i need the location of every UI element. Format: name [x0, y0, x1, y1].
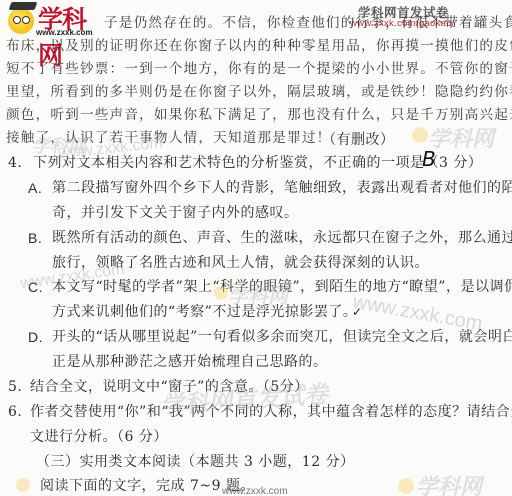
- question-text: 作者交替使用“你”和“我”两个不同的人称，其中蕴含着怎样的态度？请结合全: [30, 403, 512, 421]
- site-logo: 学科网 www.zxxk.com: [8, 2, 100, 38]
- section-instruction: 阅读下面的文字，完成 7~9 题。: [40, 477, 255, 495]
- mascot-eye-icon: [13, 16, 21, 24]
- option-label: A.: [28, 179, 42, 197]
- option-label: B.: [28, 229, 42, 247]
- mascot-eye-icon: [22, 16, 30, 24]
- question-text: 下列对文本相关内容和艺术特色的分析鉴赏，不正确的一项是（3 分）: [33, 154, 482, 172]
- passage-line: 子是仍然存在的。不信，你检查他们的行李，有很不带着罐头食品，帆: [104, 14, 512, 32]
- passage-line: 短不了有些钞票：一到一个地方，你有的是一个提梁的小小世界。不管你的窗子朝向哪: [6, 60, 512, 78]
- source-note: （有删改）: [322, 131, 395, 149]
- mascot-icon: [8, 8, 34, 34]
- option-text: 第二段描写窗外四个乡下人的背影，笔触细致，表露出观看者对他们的陌生与好: [52, 179, 512, 197]
- passage-line: 颜色，听到一些声音，如果你私下满足了，那也没有什么，只是千万别高兴起来说什么: [6, 106, 512, 124]
- option-label: C.: [28, 278, 43, 296]
- question-number: 4.: [8, 154, 22, 172]
- watermark-logo: 学科网: [416, 470, 482, 496]
- passage-line: 里望，所看到的多半则仍是在你窗子以外，隔层玻璃，或是铁纱！隐隐约约你看到一些: [6, 83, 512, 101]
- watermark-mascot-icon: [214, 286, 228, 300]
- section-heading: （三）实用类文本阅读（本题共 3 小题，12 分）: [36, 453, 355, 471]
- watermark-mascot-icon: [412, 127, 428, 143]
- exam-page: 学科网 www.zxxk.com 学科网首发试卷 www.zxxk.com/ga…: [0, 0, 512, 496]
- watermark-mascot-icon: [398, 478, 414, 494]
- question-text: 结合全文，说明文中“窗子”的含意。（5分）: [30, 378, 309, 396]
- watermark-logo: 学科网: [428, 122, 494, 153]
- option-label: D.: [28, 328, 43, 346]
- passage-line: 布床，以及别的证明你还在你窗子以内的种种零星用品，你再摸一摸他们的皮包，那里: [6, 37, 512, 55]
- graduation-cap-icon: [9, 2, 38, 10]
- option-text: 既然所有活动的颜色、声音、生的滋味，永远都只在窗子之外，那么通过健康的: [52, 229, 512, 247]
- question-number: 5.: [8, 378, 22, 396]
- option-text: 旅行，领略了名胜古迹和风土人情，就会获得深刻的认识。: [52, 254, 429, 272]
- passage-line: 接触了，认识了若干事物人情，天知道那是罪过！: [6, 129, 331, 147]
- option-text: 正是从那种渺茫之感开始梳理自己思路的。: [52, 353, 328, 371]
- option-text: 奇，并引发下文关于窗子内外的感叹。: [52, 204, 299, 222]
- option-text: 开头的“话从哪里说起”一句看似多余而突兀，但读完全文之后，就会明白作者: [52, 328, 512, 346]
- question-number: 6.: [8, 403, 22, 421]
- option-text: 本文写“时髦的学者”架上“科学的眼镜”，到陌生的地方“瞭望”，是以调侃的: [52, 278, 512, 296]
- watermark-mascot-icon: [16, 478, 30, 492]
- check-mark-icon: ✓: [352, 305, 362, 319]
- handwritten-answer: B: [422, 147, 436, 171]
- logo-url: www.zxxk.com: [36, 28, 93, 37]
- question-continuation: 文进行分析。（6 分）: [30, 428, 168, 446]
- option-text: 方式来讥刺他们的“考察”不过是浮光掠影罢了。: [52, 303, 357, 321]
